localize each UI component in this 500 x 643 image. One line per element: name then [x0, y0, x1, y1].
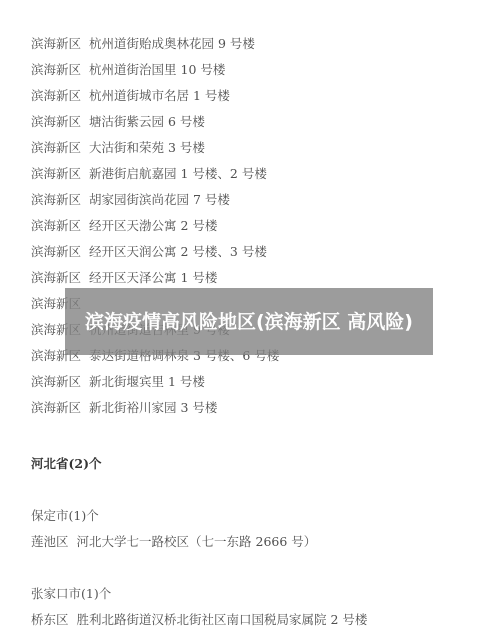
list-item: 滨海新区新北街裕川家园 3 号楼 [31, 400, 217, 416]
district-label: 滨海新区 [31, 218, 81, 234]
district-label: 滨海新区 [31, 88, 81, 104]
address-text: 大沽街和荣苑 3 号楼 [89, 140, 205, 155]
district-label: 滨海新区 [31, 140, 81, 156]
district-label: 莲池区 [31, 534, 69, 550]
list-item: 滨海新区杭州道街城市名居 1 号楼 [31, 88, 230, 104]
section-heading-hebei: 河北省(2)个 [31, 456, 102, 472]
address-text: 塘沽街紫云园 6 号楼 [89, 114, 205, 129]
address-text: 经开区天泽公寓 1 号楼 [89, 270, 217, 285]
district-label: 滨海新区 [31, 400, 81, 416]
title-overlay-banner: 滨海疫情高风险地区(滨海新区 高风险) [65, 288, 433, 355]
list-item: 滨海新区塘沽街紫云园 6 号楼 [31, 114, 205, 130]
city-heading-baoding: 保定市(1)个 [31, 508, 99, 524]
address-text: 杭州道街治国里 10 号楼 [89, 62, 225, 77]
district-label: 滨海新区 [31, 244, 81, 260]
address-text: 杭州道街城市名居 1 号楼 [89, 88, 230, 103]
address-text: 新北街裕川家园 3 号楼 [89, 400, 217, 415]
address-text: 经开区天渤公寓 2 号楼 [89, 218, 217, 233]
list-item: 滨海新区经开区天润公寓 2 号楼、3 号楼 [31, 244, 267, 260]
list-item: 滨海新区杭州道街治国里 10 号楼 [31, 62, 225, 78]
list-item: 滨海新区新北街堰宾里 1 号楼 [31, 374, 205, 390]
district-label: 滨海新区 [31, 114, 81, 130]
address-text: 胡家园街滨尚花园 7 号楼 [89, 192, 230, 207]
district-label: 滨海新区 [31, 36, 81, 52]
list-item: 滨海新区经开区天渤公寓 2 号楼 [31, 218, 217, 234]
address-text: 经开区天润公寓 2 号楼、3 号楼 [89, 244, 267, 259]
address-text: 胜利北路街道汉桥北街社区南口国税局家属院 2 号楼 [77, 612, 368, 627]
list-item: 滨海新区胡家园街滨尚花园 7 号楼 [31, 192, 230, 208]
address-text: 新港街启航嘉园 1 号楼、2 号楼 [89, 166, 267, 181]
district-label: 滨海新区 [31, 374, 81, 390]
address-text: 河北大学七一路校区（七一东路 2666 号） [77, 534, 317, 549]
list-item: 滨海新区新港街启航嘉园 1 号楼、2 号楼 [31, 166, 267, 182]
list-item: 滨海新区杭州道街贻成奥林花园 9 号楼 [31, 36, 255, 52]
district-label: 滨海新区 [31, 166, 81, 182]
district-label: 滨海新区 [31, 62, 81, 78]
city-heading-zhangjiakou: 张家口市(1)个 [31, 586, 111, 602]
address-text: 杭州道街贻成奥林花园 9 号楼 [89, 36, 255, 51]
list-item: 滨海新区经开区天泽公寓 1 号楼 [31, 270, 217, 286]
list-item: 莲池区河北大学七一路校区（七一东路 2666 号） [31, 534, 316, 550]
district-label: 滨海新区 [31, 192, 81, 208]
list-item: 滨海新区大沽街和荣苑 3 号楼 [31, 140, 205, 156]
list-item: 桥东区胜利北路街道汉桥北街社区南口国税局家属院 2 号楼 [31, 612, 367, 628]
address-text: 新北街堰宾里 1 号楼 [89, 374, 205, 389]
district-label: 滨海新区 [31, 270, 81, 286]
district-label: 桥东区 [31, 612, 69, 628]
overlay-title: 滨海疫情高风险地区(滨海新区 高风险) [79, 310, 419, 334]
